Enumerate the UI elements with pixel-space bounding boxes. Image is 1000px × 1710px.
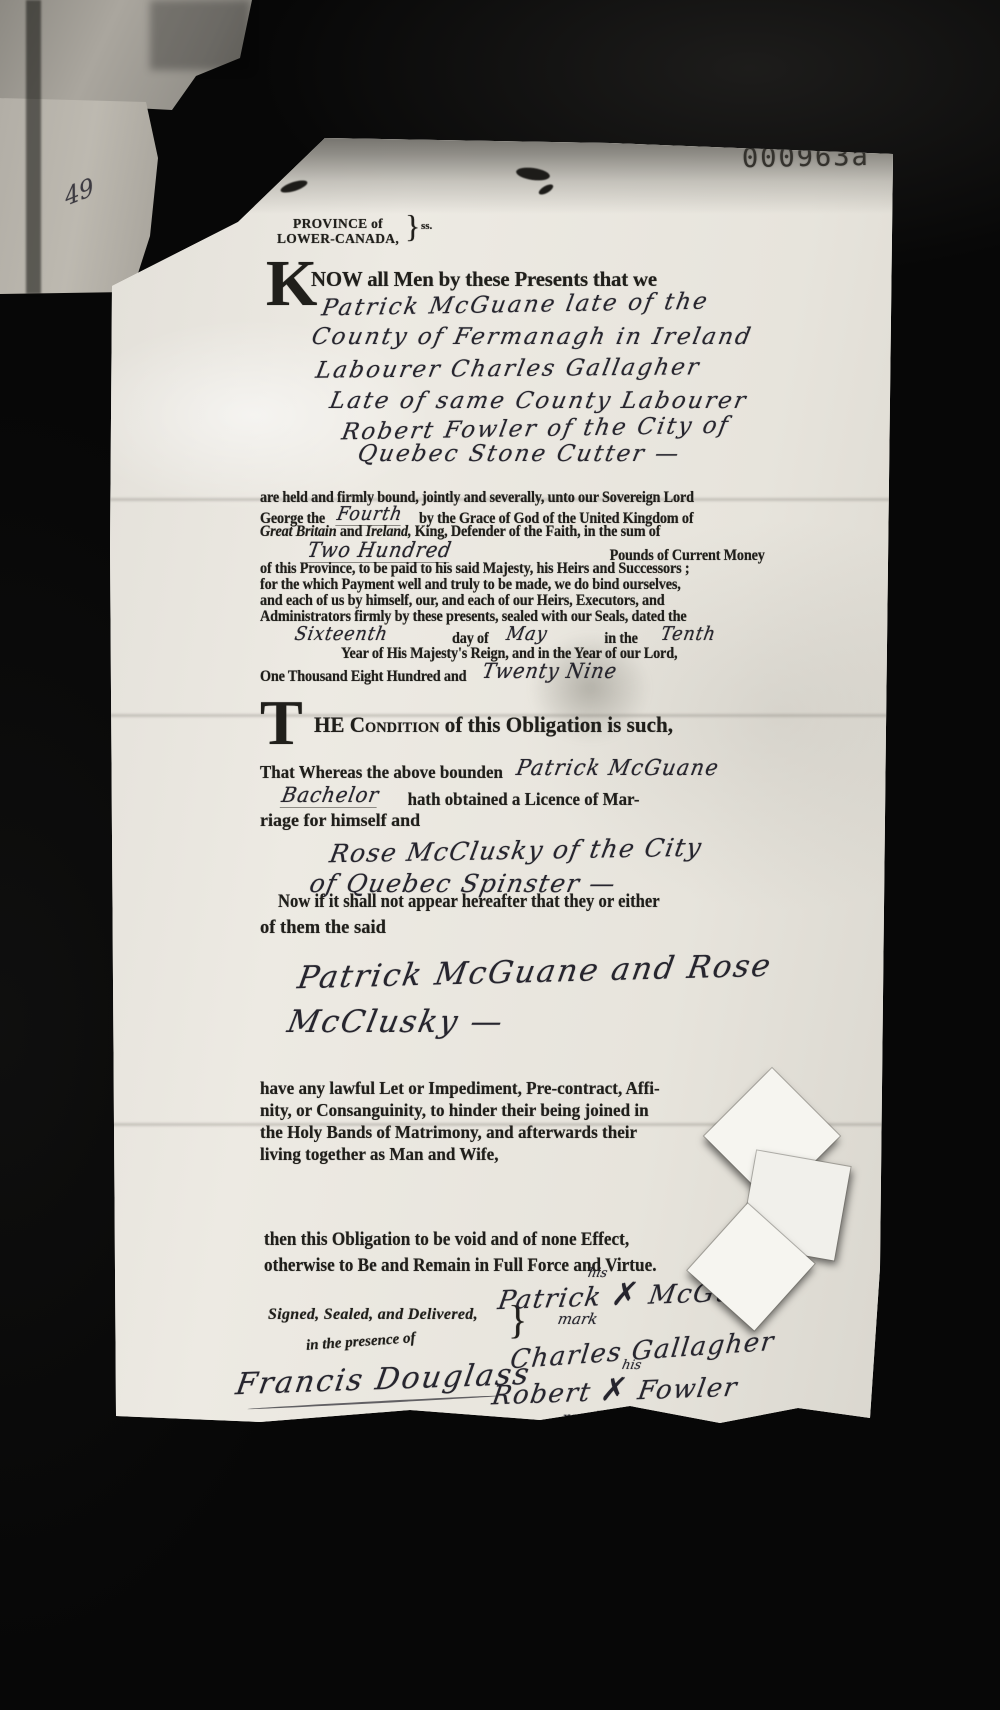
impediment-line: nity, or Consanguinity, to hinder their … [260,1100,649,1121]
handwritten-groom-name: Patrick McGuane [514,756,721,781]
handwritten-party-line: Quebec Stone Cutter — [358,441,680,467]
whereas-line: of them the said [260,918,386,939]
handwritten-party-line: Patrick McGuane late of the [322,289,709,322]
impediment-line: living together as Man and Wife, [260,1144,498,1165]
handwritten-bride-line: Rose McClusky of the City [330,833,703,868]
condition-smallcaps: Condition [350,712,440,737]
whereas-text: That Whereas the above bounden [260,762,503,782]
impediment-line: have any lawful Let or Impediment, Pre-c… [260,1078,660,1099]
handwritten-regnal-year: Tenth [659,623,718,645]
microfilm-frame: { "film": { "stamp_number": "000963a", "… [0,0,1000,1710]
film-streak [26,0,41,294]
handwritten-couple-names: McClusky — [288,1004,504,1040]
signed-sealed-delivered: Signed, Sealed, and Delivered, [268,1306,478,1324]
dropcap-k: K [266,255,317,313]
handwritten-party-line: Labourer Charles Gallagher [316,354,701,383]
whereas-line: Bachelor hath obtained a Licence of Mar- [282,786,640,811]
x-mark: ✗ [598,1371,631,1408]
void-clause-line: then this Obligation to be void and of n… [264,1230,629,1251]
handwritten-couple-names: Patrick McGuane and Rose [298,948,773,996]
mark-label: mark [562,1408,604,1427]
his-label: his [622,1358,641,1373]
whereas-line: riage for himself and [260,810,420,831]
bond-text: One Thousand Eight Hundred and [260,668,466,685]
condition-heading: HE Condition of this Obligation is such, [314,712,673,738]
his-label: his [588,1266,607,1281]
mark-label: mark [558,1310,597,1328]
in-presence-of: in the presence of [306,1330,416,1355]
whereas-text: hath obtained a Licence of Mar- [408,789,640,809]
x-mark: ✗ [609,1276,642,1313]
province-heading: PROVINCE of LOWER-CANADA, [263,216,413,246]
condition-text: HE [314,712,350,737]
know-all-men-heading: NOW all Men by these Presents that we [311,267,657,292]
handwritten-groom-status: Bachelor [280,783,381,808]
province-brace: } [405,208,420,245]
handwritten-month: May [505,623,550,645]
handwritten-year: Twenty Nine [481,659,620,683]
handwritten-day: Sixteenth [293,623,390,645]
signature-francis-douglass: Francis Douglass [235,1357,531,1402]
handwritten-party-line: County of Fermanagh in Ireland [312,324,752,350]
whereas-line: That Whereas the above bounden Patrick M… [260,759,719,784]
province-ss-abbrev: ss. [421,220,432,232]
whereas-line: Now if it shall not appear hereafter tha… [278,892,660,913]
bond-line: are held and firmly bound, jointly and s… [260,489,694,507]
bond-line: One Thousand Eight Hundred and Twenty Ni… [260,662,617,686]
dropcap-t: T [260,694,303,752]
microfilm-stamp-number: 000963a [742,141,870,174]
impediment-line: the Holy Bands of Matrimony, and afterwa… [260,1122,637,1143]
handwritten-party-line: Late of same County Labourer [330,388,747,414]
province-line2: LOWER-CANADA, [263,231,413,246]
scrap-shadow [150,0,250,70]
condition-text: of this Obligation is such, [439,712,673,737]
province-line1: PROVINCE of [263,216,413,231]
